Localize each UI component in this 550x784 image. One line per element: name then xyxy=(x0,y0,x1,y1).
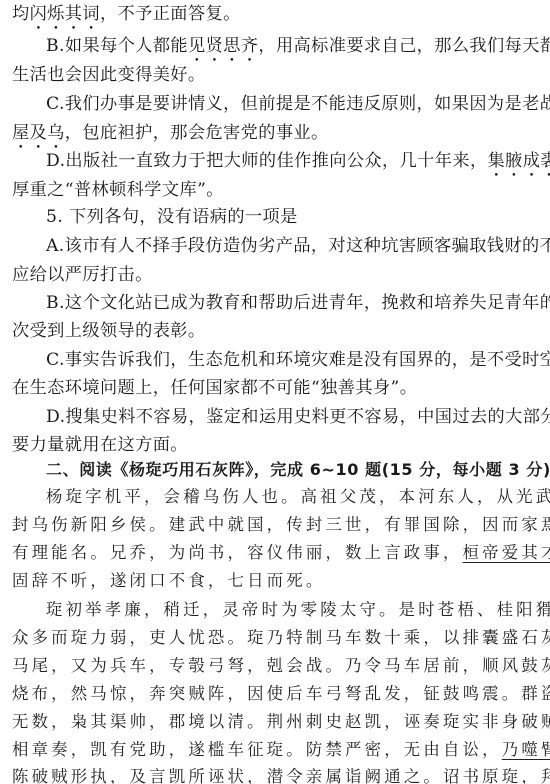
text-segment: 众多而琁力弱，吏人忧恐。琁乃特制马车数十乘，以排囊盛石灰于车上，系布索于 xyxy=(12,628,550,647)
emphasized-phrase: 见贤思齐 xyxy=(188,36,258,56)
text-segment: 要力量就用在这方面。 xyxy=(12,435,188,455)
passage-line: 众多而琁力弱，吏人忧恐。琁乃特制马车数十乘，以排囊盛石灰于车上，系布索于 xyxy=(12,628,542,648)
passage-line: 琁初举孝廉，稍迁，灵帝时为零陵太守。是时苍梧、桂阳猾贼相聚，攻郡县，贼 xyxy=(46,600,542,620)
text-line-3: 生活也会因此变得美好。 xyxy=(12,65,542,85)
text-segment: 无数，枭其渠帅，郡境以清。荆州刺史赵凯，诬奏琁实非身破贼，而妄有其功。琁与 xyxy=(12,712,550,731)
text-segment: A.该市有人不择手段仿造伪劣产品，对这种坑害顾客骗取钱财的不法行为， xyxy=(46,236,550,256)
text-segment: ，包庇袒护，那会危害党的事业。 xyxy=(65,123,329,143)
underlined-sentence: 乃噬臂出血，书衣为章， xyxy=(502,740,550,759)
text-segment: 马尾，又为兵车，专彀弓弩，剋会战。乃令马车居前，顺风鼓灰，贼不得视，因以火 xyxy=(12,656,550,675)
text-segment: 相章奏，凯有党助，遂槛车征琁。防禁严密，无由自讼， xyxy=(12,740,502,759)
text-line-1: 均闪烁其词，不予正面答复。 xyxy=(12,4,542,34)
option-d-line: D.出版社一直致力于把大师的佳作推向公众，几十年来，集腋成裘，遂成一 xyxy=(46,151,542,181)
text-segment: 琁初举孝廉，稍迁，灵帝时为零陵太守。是时苍梧、桂阳猾贼相聚，攻郡县，贼 xyxy=(46,600,550,619)
q5-option-d: D.搜集史料不容易，鉴定和运用史料更不容易，中国过去的大部分史学家主 xyxy=(46,407,542,427)
text-segment: 5. 下列各句，没有语病的一项是 xyxy=(46,207,298,227)
passage-line: 烧布，然马惊，奔突贼阵，因使后车弓弩乱发，钲鼓鸣震。群盗波骇破散，追逐伤斩 xyxy=(12,684,542,704)
question-5: 5. 下列各句，没有语病的一项是 xyxy=(46,207,542,227)
text-segment: 固辞不听，遂闭口不食，七日而死。 xyxy=(12,571,325,590)
q5-option-b: B.这个文化站已成为教育和帮助后进青年，挽救和培养失足青年的场所，多 xyxy=(46,293,542,313)
text-segment: C.事实告诉我们，生态危机和环境灾难是没有国界的，是不受时空局限的。 xyxy=(46,350,550,370)
section-heading: 二、阅读《杨琁巧用石灰阵》，完成 6~10 题(15 分，每小题 3 分) xyxy=(46,460,542,480)
text-segment: 应给以严厉打击。 xyxy=(12,265,153,285)
text-line-14: 在生态环境问题上，任何国家都不可能“独善其身”。 xyxy=(12,378,542,398)
text-segment: B.这个文化站已成为教育和帮助后进青年，挽救和培养失足青年的场所，多 xyxy=(46,293,550,313)
q5-option-a: A.该市有人不择手段仿造伪劣产品，对这种坑害顾客骗取钱财的不法行为， xyxy=(46,236,542,256)
option-c-line: C.我们办事是要讲情义，但前提是不能违反原则，如果因为是老战友，就爱 xyxy=(46,94,542,124)
text-segment: 有理能名。兄乔，为尚书，容仪伟丽，数上言政事， xyxy=(12,543,463,562)
text-segment: B.如果每个人都能 xyxy=(46,36,188,56)
text-segment: D.搜集史料不容易，鉴定和运用史料更不容易，中国过去的大部分史学家主 xyxy=(46,407,550,427)
text-segment: 在生态环境问题上，任何国家都不可能“独善其身”。 xyxy=(12,378,417,398)
text-segment: 次受到上级领导的表彰。 xyxy=(12,321,205,341)
passage-line: 封乌伤新阳乡侯。建武中就国，传封三世，有罪国除，因而家焉。父扶，交趾刺史， xyxy=(12,515,542,535)
text-segment: 杨琁字机平，会稽乌伤人也。高祖父茂，本河东人，从光武征伐，为威寇将军， xyxy=(46,487,550,506)
underlined-sentence: 陈破贼形执，及言凯所诬状， xyxy=(12,767,267,784)
q5-option-c: C.事实告诉我们，生态危机和环境灾难是没有国界的，是不受时空局限的。 xyxy=(46,350,542,370)
text-segment: ，不予正面答复。 xyxy=(100,4,241,24)
passage-line: 无数，枭其渠帅，郡境以清。荆州刺史赵凯，诬奏琁实非身破贼，而妄有其功。琁与 xyxy=(12,712,542,732)
emphasized-phrase: 集腋成裘 xyxy=(488,151,550,171)
text-segment: D.出版社一直致力于把大师的佳作推向公众，几十年来， xyxy=(46,151,488,171)
passage-line: 杨琁字机平，会稽乌伤人也。高祖父茂，本河东人，从光武征伐，为威寇将军， xyxy=(46,487,542,507)
text-line-12: 次受到上级领导的表彰。 xyxy=(12,321,542,341)
text-line-10: 应给以严厉打击。 xyxy=(12,265,542,285)
passage-line: 有理能名。兄乔，为尚书，容仪伟丽，数上言政事，桓帝爱其才貌，诏妻以公主，乔 xyxy=(12,543,542,563)
passage-line: 相章奏，凯有党助，遂槛车征琁。防禁严密，无由自讼，乃噬臂出血，书衣为章，具 xyxy=(12,740,542,760)
text-segment: 二、阅读《杨琁巧用石灰阵》，完成 6~10 题(15 分，每小题 3 分) xyxy=(46,460,550,479)
passage-line: 固辞不听，遂闭口不食，七日而死。 xyxy=(12,571,542,591)
text-segment: 均 xyxy=(12,4,30,24)
text-segment: 封乌伤新阳乡侯。建武中就国，传封三世，有罪国除，因而家焉。父扶，交趾刺史， xyxy=(12,515,550,534)
text-segment: 厚重之“普林顿科学文库”。 xyxy=(12,180,224,200)
text-line-5: 屋及乌，包庇袒护，那会危害党的事业。 xyxy=(12,123,542,153)
text-segment: 烧布，然马惊，奔突贼阵，因使后车弓弩乱发，钲鼓鸣震。群盗波骇破散，追逐伤斩 xyxy=(12,684,550,703)
text-segment: C.我们办事是要讲情义，但前提是不能违反原则，如果因为是老战友，就 xyxy=(46,94,550,114)
text-segment: 生活也会因此变得美好。 xyxy=(12,65,205,85)
exam-page: 均闪烁其词，不予正面答复。 B.如果每个人都能见贤思齐，用高标准要求自己，那么我… xyxy=(0,0,550,784)
emphasized-phrase: 闪烁其词 xyxy=(30,4,100,24)
passage-line: 陈破贼形执，及言凯所诬状，潜令亲属诣阙通之。诏书原琁，拜议郎，凯反受诬人 xyxy=(12,767,542,784)
text-line-7: 厚重之“普林顿科学文库”。 xyxy=(12,180,542,200)
underlined-sentence: 桓帝爱其才貌，诏妻以公主， xyxy=(463,543,550,562)
text-line-16: 要力量就用在这方面。 xyxy=(12,435,542,455)
text-segment: 潜令亲属诣阙通之。诏书原琁，拜议郎，凯反受诬人 xyxy=(267,767,550,784)
option-b-line: B.如果每个人都能见贤思齐，用高标准要求自己，那么我们每天都会进步， xyxy=(46,36,542,66)
emphasized-phrase: 屋及乌 xyxy=(12,123,65,143)
text-segment: ，用高标准要求自己，那么我们每天都会进步， xyxy=(258,36,550,56)
passage-line: 马尾，又为兵车，专彀弓弩，剋会战。乃令马车居前，顺风鼓灰，贼不得视，因以火 xyxy=(12,656,542,676)
